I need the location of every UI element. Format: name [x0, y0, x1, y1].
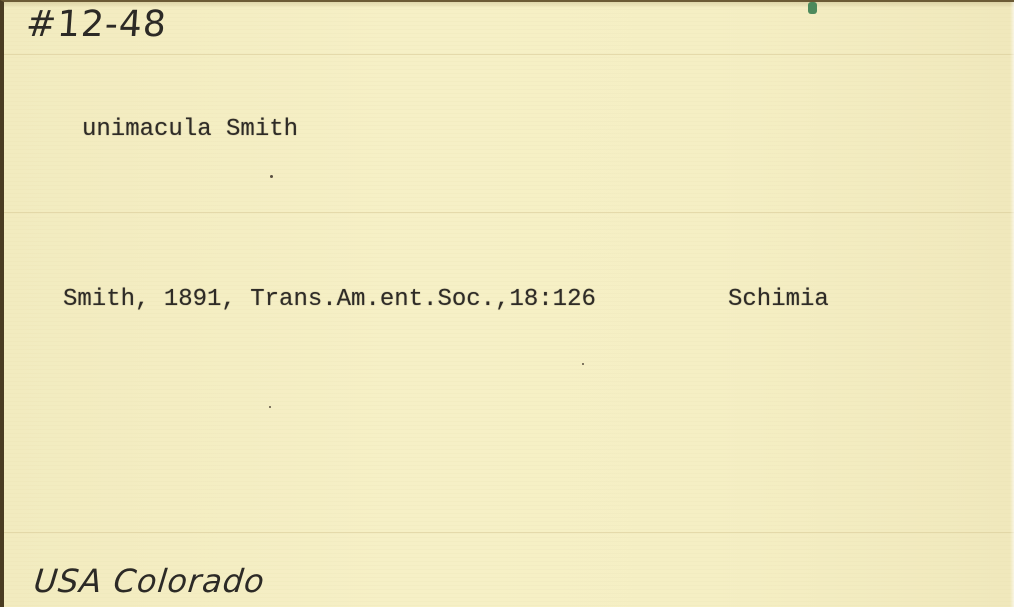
index-card: #12-48 unimacula Smith Smith, 1891, Tran…	[0, 0, 1014, 607]
ink-speck	[269, 406, 271, 408]
ruled-line	[4, 532, 1014, 533]
taxon-name: unimacula Smith	[82, 116, 298, 143]
ink-speck	[270, 175, 273, 178]
bibliographic-citation: Smith, 1891, Trans.Am.ent.Soc.,18:126	[63, 286, 596, 313]
ruled-line	[4, 212, 1014, 213]
card-number: #12-48	[25, 4, 169, 45]
ink-speck	[582, 363, 584, 365]
locality-note: USA Colorado	[32, 562, 267, 600]
card-edge	[1010, 2, 1014, 607]
genus-name: Schimia	[728, 286, 829, 313]
ruled-line	[4, 54, 1014, 55]
green-ink-mark	[808, 2, 817, 14]
